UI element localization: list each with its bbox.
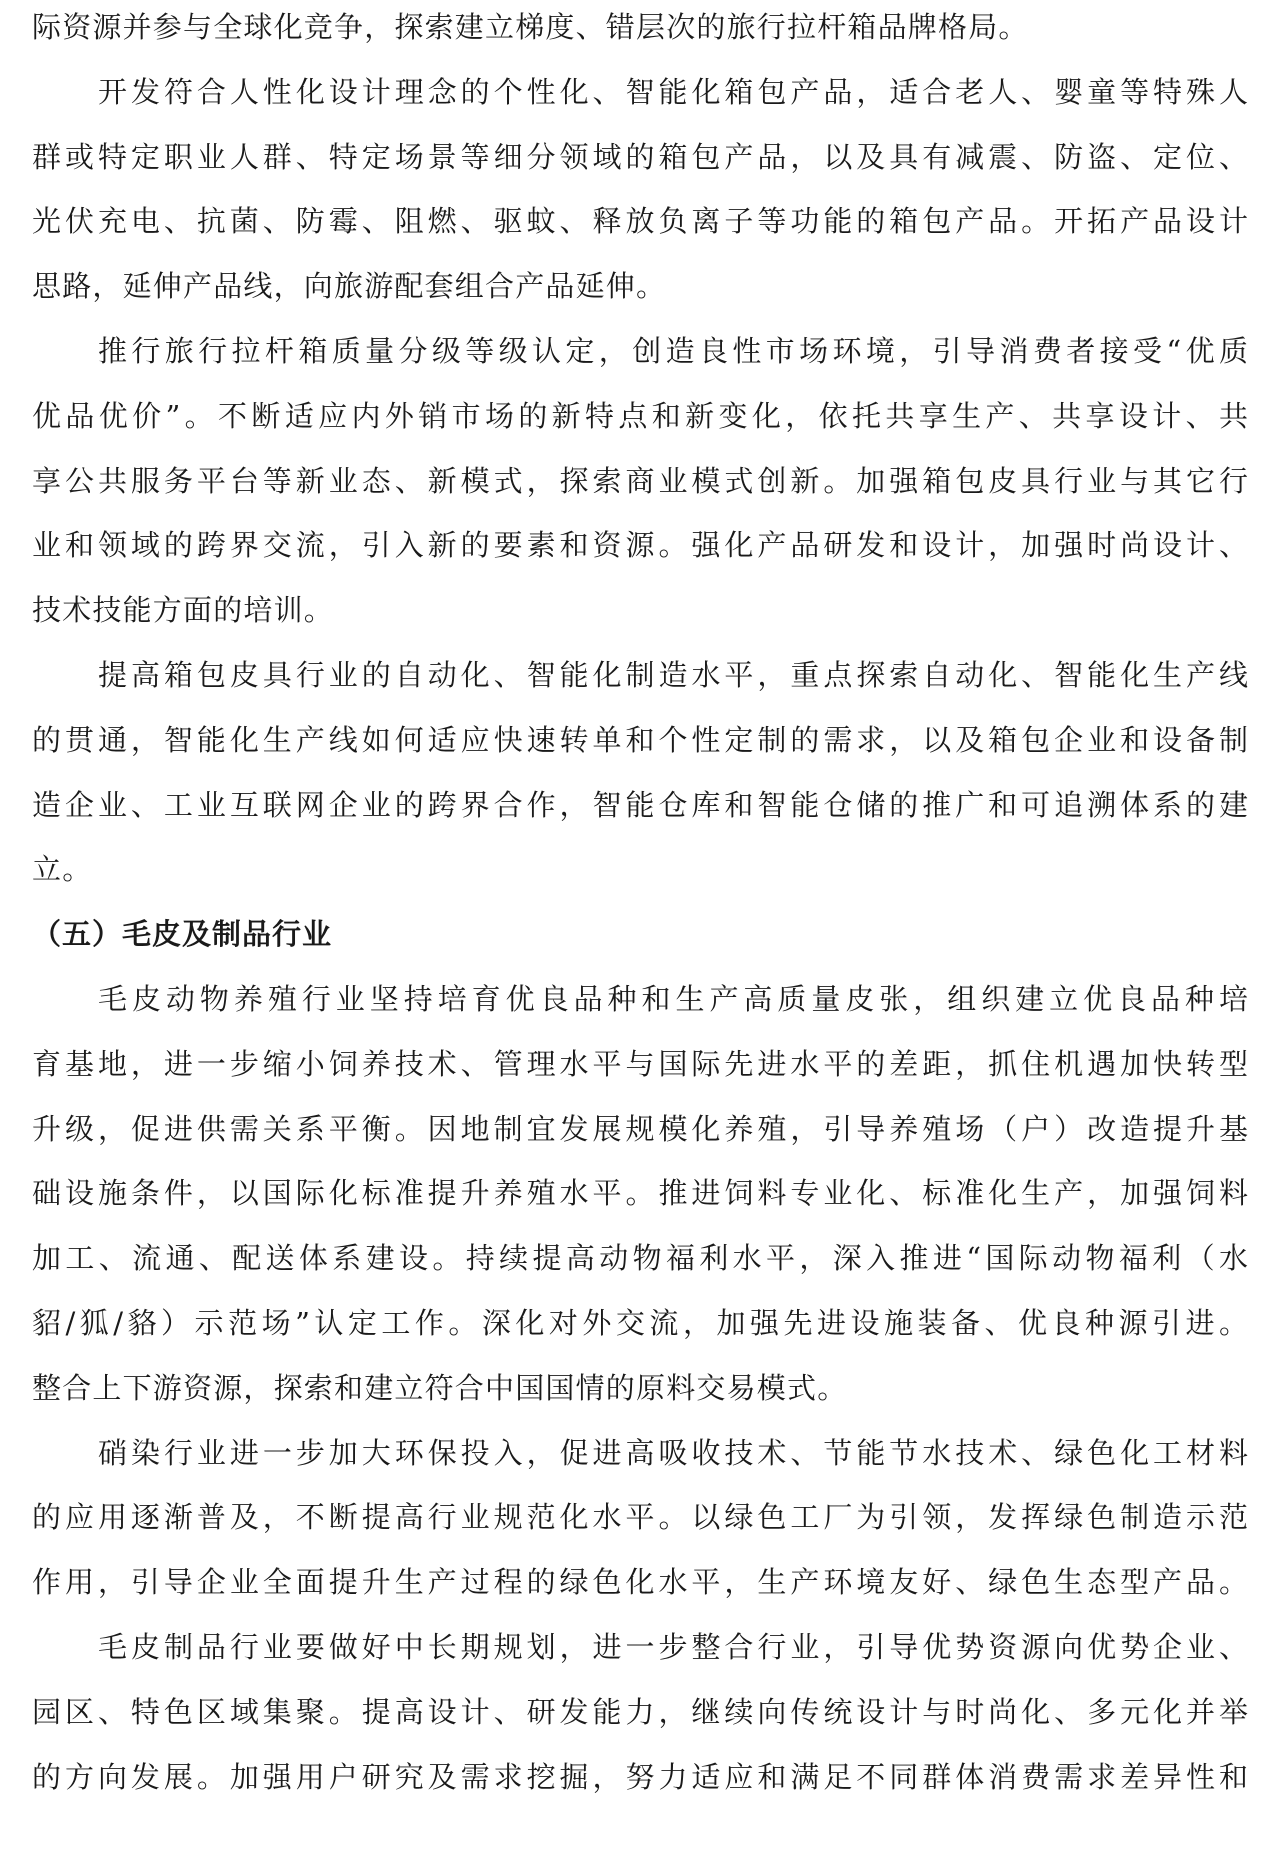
paragraph-fur-farming: 毛皮动物养殖行业坚持培育优良品种和生产高质量皮张，组织建立优良品种培 育基地，进…	[32, 967, 1248, 1421]
paragraph-dyeing: 硝染行业进一步加大环保投入，促进高吸收技术、节能节水技术、绿色化工材料 的应用逐…	[32, 1421, 1248, 1615]
text-line: 整合上下游资源，探索和建立符合中国国情的原料交易模式。	[32, 1356, 1248, 1421]
paragraph-automation: 提高箱包皮具行业的自动化、智能化制造水平，重点探索自动化、智能化生产线 的贯通，…	[32, 643, 1248, 902]
text-line: 升级，促进供需关系平衡。因地制宜发展规模化养殖，引导养殖场（户）改造提升基	[32, 1097, 1248, 1162]
text-line: 的贯通，智能化生产线如何适应快速转单和个性定制的需求，以及箱包企业和设备制	[32, 708, 1248, 773]
text-line: 硝染行业进一步加大环保投入，促进高吸收技术、节能节水技术、绿色化工材料	[32, 1421, 1248, 1486]
text-line: 优品优价”。不断适应内外销市场的新特点和新变化，依托共享生产、共享设计、共	[32, 384, 1248, 449]
text-line: 础设施条件，以国际化标准提升养殖水平。推进饲料专业化、标准化生产，加强饲料	[32, 1161, 1248, 1226]
text-line: 貂/狐/貉）示范场”认定工作。深化对外交流，加强先进设施装备、优良种源引进。	[32, 1291, 1248, 1356]
text-line: 毛皮制品行业要做好中长期规划，进一步整合行业，引导优势资源向优势企业、	[32, 1615, 1248, 1680]
text-line: 育基地，进一步缩小饲养技术、管理水平与国际先进水平的差距，抓住机遇加快转型	[32, 1032, 1248, 1097]
text-line: 立。	[32, 837, 1248, 902]
text-line: 光伏充电、抗菌、防霉、阻燃、驱蚊、释放负离子等功能的箱包产品。开拓产品设计	[32, 189, 1248, 254]
text-line: 造企业、工业互联网企业的跨界合作，智能仓库和智能仓储的推广和可追溯体系的建	[32, 773, 1248, 838]
text-line: 作用，引导企业全面提升生产过程的绿色化水平，生产环境友好、绿色生态型产品。	[32, 1550, 1248, 1615]
text-line: 群或特定职业人群、特定场景等细分领域的箱包产品，以及具有减震、防盗、定位、	[32, 125, 1248, 190]
text-line: 技术技能方面的培训。	[32, 578, 1248, 643]
paragraph-fur-products: 毛皮制品行业要做好中长期规划，进一步整合行业，引导优势资源向优势企业、 园区、特…	[32, 1615, 1248, 1809]
text-line: 提高箱包皮具行业的自动化、智能化制造水平，重点探索自动化、智能化生产线	[32, 643, 1248, 708]
text-line: 开发符合人性化设计理念的个性化、智能化箱包产品，适合老人、婴童等特殊人	[32, 60, 1248, 125]
section-heading: （五）毛皮及制品行业	[32, 902, 1248, 967]
text-line: 业和领域的跨界交流，引入新的要素和资源。强化产品研发和设计，加强时尚设计、	[32, 513, 1248, 578]
document-page: 际资源并参与全球化竞争，探索建立梯度、错层次的旅行拉杆箱品牌格局。 开发符合人性…	[32, 0, 1248, 1809]
paragraph-quality-grading: 推行旅行拉杆箱质量分级等级认定，创造良性市场环境，引导消费者接受“优质 优品优价…	[32, 319, 1248, 643]
text-line: 园区、特色区域集聚。提高设计、研发能力，继续向传统设计与时尚化、多元化并举	[32, 1680, 1248, 1745]
text-line: 推行旅行拉杆箱质量分级等级认定，创造良性市场环境，引导消费者接受“优质	[32, 319, 1248, 384]
text-line: 的应用逐渐普及，不断提高行业规范化水平。以绿色工厂为引领，发挥绿色制造示范	[32, 1485, 1248, 1550]
text-line: 毛皮动物养殖行业坚持培育优良品种和生产高质量皮张，组织建立优良品种培	[32, 967, 1248, 1032]
paragraph-continuation: 际资源并参与全球化竞争，探索建立梯度、错层次的旅行拉杆箱品牌格局。	[32, 0, 1248, 60]
text-line: 享公共服务平台等新业态、新模式，探索商业模式创新。加强箱包皮具行业与其它行	[32, 449, 1248, 514]
text-line: 的方向发展。加强用户研究及需求挖掘，努力适应和满足不同群体消费需求差异性和	[32, 1745, 1248, 1810]
text-line: 思路，延伸产品线，向旅游配套组合产品延伸。	[32, 254, 1248, 319]
text-line: 加工、流通、配送体系建设。持续提高动物福利水平，深入推进“国际动物福利（水	[32, 1226, 1248, 1291]
text-line: 际资源并参与全球化竞争，探索建立梯度、错层次的旅行拉杆箱品牌格局。	[32, 0, 1248, 60]
paragraph-product-design: 开发符合人性化设计理念的个性化、智能化箱包产品，适合老人、婴童等特殊人 群或特定…	[32, 60, 1248, 319]
